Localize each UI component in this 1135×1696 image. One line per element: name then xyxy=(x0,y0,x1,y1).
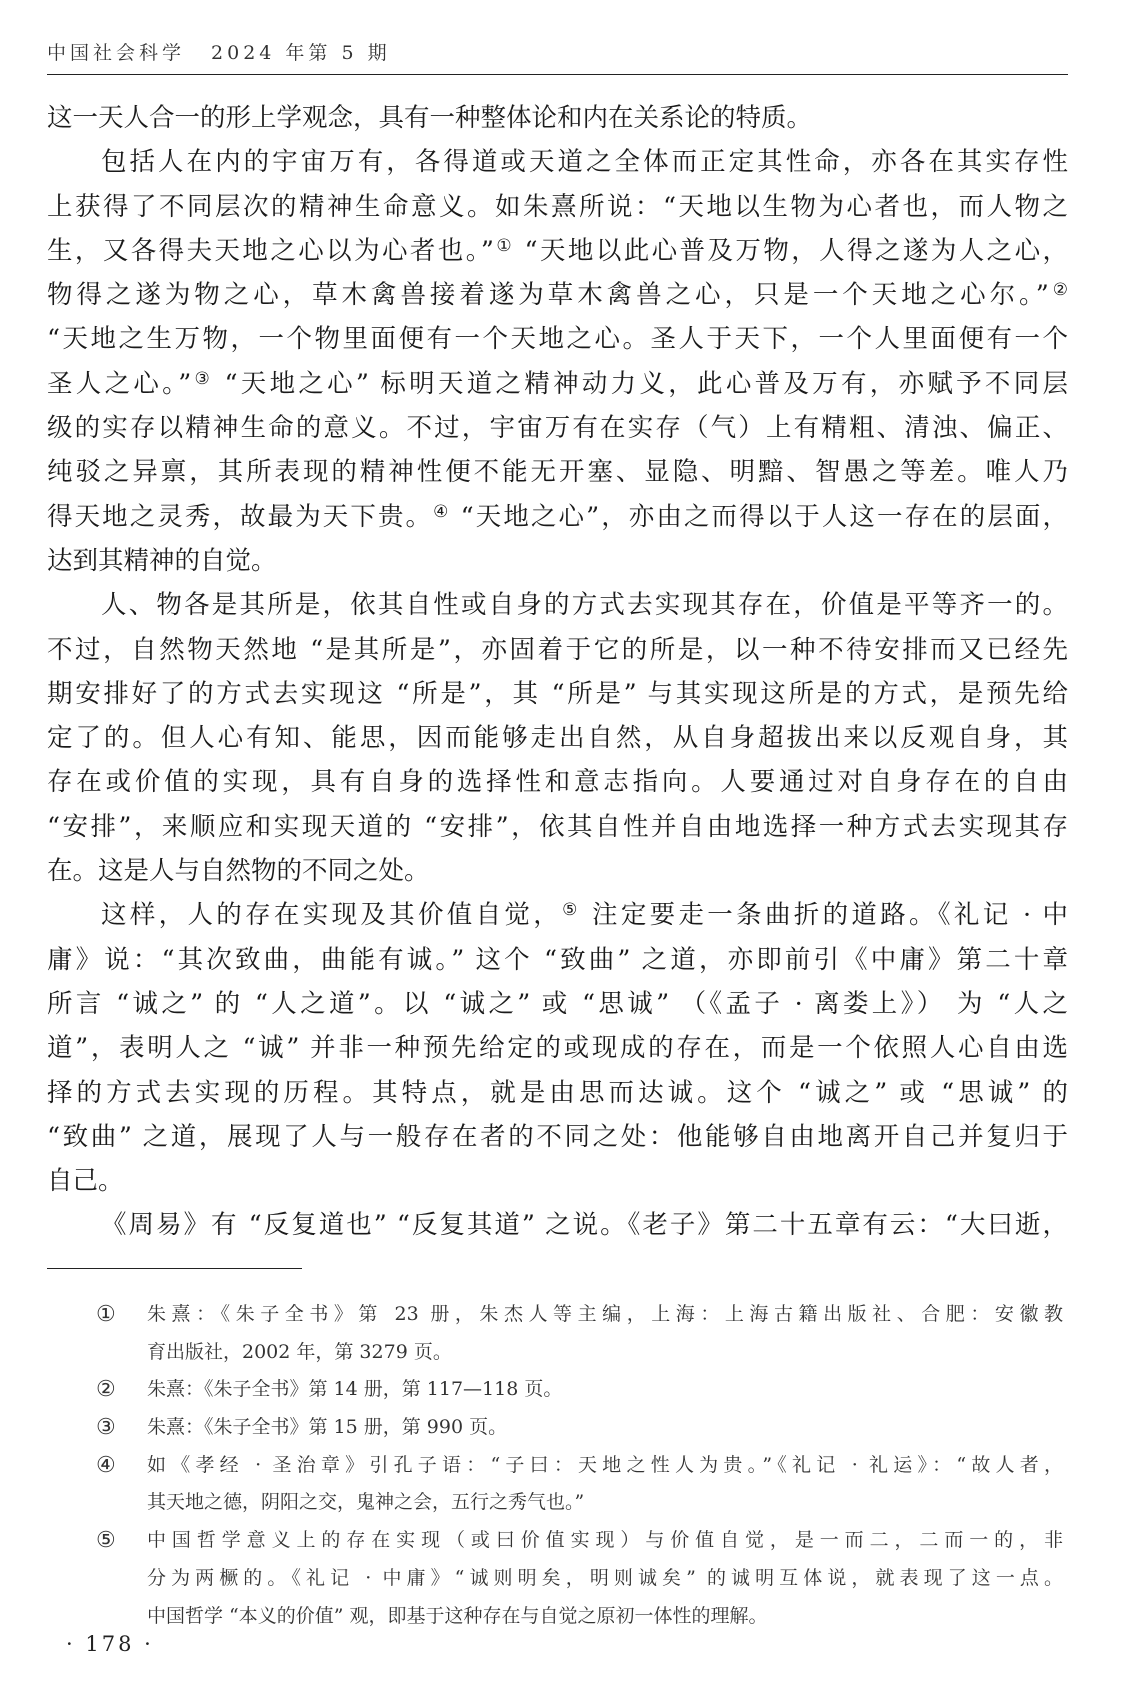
line-text: 期安排好了的方式去实现这 “所是”，其 “所是” 与其实现这所是的方式，是预先给 xyxy=(47,679,1068,709)
text-line: 上获得了不同层次的精神生命意义。如朱熹所说：“天地以生物为心者也，而人物之 xyxy=(47,185,1068,229)
line-text: “天地之心” 标明天道之精神动力义，此心普及万有，亦赋予不同层 xyxy=(213,369,1068,399)
text-line: 包括人在内的宇宙万有，各得道或天道之全体而正定其性命，亦各在其实存性 xyxy=(47,140,1068,184)
line-text: 级的实存以精神生命的意义。不过，宇宙万有在实存（气）上有精粗、清浊、偏正、 xyxy=(47,413,1068,443)
line-text: 包括人在内的宇宙万有，各得道或天道之全体而正定其性命，亦各在其实存性 xyxy=(101,147,1068,177)
text-line: “致曲” 之道，展现了人与一般存在者的不同之处：他能够自由地离开自己并复归于 xyxy=(47,1115,1068,1159)
footnote-ref[interactable]: ① xyxy=(494,236,514,256)
header-rule xyxy=(47,74,1068,75)
text-line: 《周易》有 “反复道也” “反复其道” 之说。《老子》第二十五章有云：“大曰逝， xyxy=(47,1203,1068,1247)
text-line: 在。这是人与自然物的不同之处。 xyxy=(47,849,1068,893)
footnote-text: 如《孝经 · 圣治章》引孔子语：“子曰：天地之性人为贵。”《礼记 · 礼运》：“… xyxy=(147,1447,1063,1485)
text-line: 期安排好了的方式去实现这 “所是”，其 “所是” 与其实现这所是的方式，是预先给 xyxy=(47,672,1068,716)
page-number: · 178 · xyxy=(66,1632,154,1656)
line-text: “天地之生万物，一个物里面便有一个天地之心。圣人于天下，一个人里面便有一个 xyxy=(47,324,1068,354)
footnote-mark: ③ xyxy=(96,1409,116,1447)
text-line: 这一天人合一的形上学观念，具有一种整体论和内在关系论的特质。 xyxy=(47,96,1068,140)
footnote-ref[interactable]: ② xyxy=(1049,280,1068,300)
line-text: 定了的。但人心有知、能思，因而能够走出自然，从自身超拔出来以反观自身，其 xyxy=(47,723,1068,753)
line-text: 生，又各得夫天地之心以为心者也。” xyxy=(47,236,494,266)
line-text: 在。这是人与自然物的不同之处。 xyxy=(47,856,430,886)
line-text: 这样，人的存在实现及其价值自觉， xyxy=(101,900,562,930)
footnote-ref[interactable]: ④ xyxy=(433,502,450,522)
footnotes: ①朱熹：《朱子全书》第 23 册，朱杰人等主编，上海：上海古籍出版社、合肥：安徽… xyxy=(47,1296,1068,1635)
footnote-mark: ② xyxy=(96,1371,116,1409)
text-line: 所言 “诚之” 的 “人之道”。以 “诚之” 或 “思诚” （《孟子 · 离娄上… xyxy=(47,982,1068,1026)
footnote-item: ①朱熹：《朱子全书》第 23 册，朱杰人等主编，上海：上海古籍出版社、合肥：安徽… xyxy=(47,1296,1068,1371)
footnote-text: 分为两橛的。《礼记 · 中庸》“诚则明矣，明则诚矣” 的诚明互体说，就表现了这一… xyxy=(147,1560,1063,1598)
line-text: 《周易》有 “反复道也” “反复其道” 之说。《老子》第二十五章有云：“大曰逝， xyxy=(101,1210,1068,1240)
footnote-ref[interactable]: ⑤ xyxy=(562,900,581,920)
footnote-text: 中国哲学 “本义的价值” 观，即基于这种存在与自觉之原初一体性的理解。 xyxy=(147,1598,1063,1636)
line-text: 注定要走一条曲折的道路。《礼记 · 中 xyxy=(581,900,1068,930)
footnote-item: ⑤中国哲学意义上的存在实现（或曰价值实现）与价值自觉，是一而二，二而一的，非分为… xyxy=(47,1522,1068,1635)
text-line: 这样，人的存在实现及其价值自觉，⑤ 注定要走一条曲折的道路。《礼记 · 中 xyxy=(47,893,1068,937)
footnote-text: 朱熹：《朱子全书》第 15 册，第 990 页。 xyxy=(147,1409,1063,1447)
line-text: 圣人之心。” xyxy=(47,369,191,399)
body-text: 这一天人合一的形上学观念，具有一种整体论和内在关系论的特质。包括人在内的宇宙万有… xyxy=(47,96,1068,1248)
text-line: 不过，自然物天然地 “是其所是”，亦固着于它的所是，以一种不待安排而又已经先 xyxy=(47,628,1068,672)
text-line: 达到其精神的自觉。 xyxy=(47,539,1068,583)
line-text: 上获得了不同层次的精神生命意义。如朱熹所说：“天地以生物为心者也，而人物之 xyxy=(47,192,1068,222)
line-text: 存在或价值的实现，具有自身的选择性和意志指向。人要通过对自身存在的自由 xyxy=(47,767,1068,797)
line-text: 物得之遂为物之心，草木禽兽接着遂为草木禽兽之心，只是一个天地之心尔。” xyxy=(47,280,1049,310)
line-text: 达到其精神的自觉。 xyxy=(47,546,277,576)
text-line: “天地之生万物，一个物里面便有一个天地之心。圣人于天下，一个人里面便有一个 xyxy=(47,317,1068,361)
text-line: 圣人之心。”③ “天地之心” 标明天道之精神动力义，此心普及万有，亦赋予不同层 xyxy=(47,362,1068,406)
footnote-text: 朱熹：《朱子全书》第 14 册，第 117—118 页。 xyxy=(147,1371,1063,1409)
line-text: 人、物各是其所是，依其自性或自身的方式去实现其存在，价值是平等齐一的。 xyxy=(101,590,1068,620)
text-line: 人、物各是其所是，依其自性或自身的方式去实现其存在，价值是平等齐一的。 xyxy=(47,583,1068,627)
footnote-mark: ④ xyxy=(96,1447,116,1485)
text-line: 物得之遂为物之心，草木禽兽接着遂为草木禽兽之心，只是一个天地之心尔。”② xyxy=(47,273,1068,317)
text-line: 级的实存以精神生命的意义。不过，宇宙万有在实存（气）上有精粗、清浊、偏正、 xyxy=(47,406,1068,450)
footnote-rule xyxy=(47,1268,302,1269)
line-text: “天地以此心普及万物，人得之遂为人之心， xyxy=(514,236,1068,266)
text-line: 道”，表明人之 “诚” 并非一种预先给定的或现成的存在，而是一个依照人心自由选 xyxy=(47,1026,1068,1070)
text-line: 纯驳之异禀，其所表现的精神性便不能无开塞、显隐、明黯、智愚之等差。唯人乃 xyxy=(47,450,1068,494)
journal-title: 中国社会科学 xyxy=(47,42,185,64)
line-text: 自己。 xyxy=(47,1166,124,1196)
text-line: 定了的。但人心有知、能思，因而能够走出自然，从自身超拔出来以反观自身，其 xyxy=(47,716,1068,760)
text-line: 存在或价值的实现，具有自身的选择性和意志指向。人要通过对自身存在的自由 xyxy=(47,760,1068,804)
line-text: 择的方式去实现的历程。其特点，就是由思而达诚。这个 “诚之” 或 “思诚” 的 xyxy=(47,1078,1068,1108)
text-line: 得天地之灵秀，故最为天下贵。④ “天地之心”，亦由之而得以于人这一存在的层面， xyxy=(47,495,1068,539)
footnote-item: ④如《孝经 · 圣治章》引孔子语：“子曰：天地之性人为贵。”《礼记 · 礼运》：… xyxy=(47,1447,1068,1522)
line-text: “安排”，来顺应和实现天道的 “安排”，依其自性并自由地选择一种方式去实现其存 xyxy=(47,812,1068,842)
line-text: 纯驳之异禀，其所表现的精神性便不能无开塞、显隐、明黯、智愚之等差。唯人乃 xyxy=(47,457,1068,487)
line-text: 所言 “诚之” 的 “人之道”。以 “诚之” 或 “思诚” （《孟子 · 离娄上… xyxy=(47,989,1068,1019)
line-text: 得天地之灵秀，故最为天下贵。 xyxy=(47,502,433,532)
issue-label: 2024 年第 5 期 xyxy=(211,42,391,64)
running-header: 中国社会科学2024 年第 5 期 xyxy=(47,38,391,65)
text-line: “安排”，来顺应和实现天道的 “安排”，依其自性并自由地选择一种方式去实现其存 xyxy=(47,805,1068,849)
line-text: 庸》说：“其次致曲，曲能有诚。” 这个 “致曲” 之道，亦即前引《中庸》第二十章 xyxy=(47,945,1068,975)
footnote-ref[interactable]: ③ xyxy=(191,369,213,389)
footnote-text: 其天地之德，阴阳之交，鬼神之会，五行之秀气也。” xyxy=(147,1484,1063,1522)
footnote-text: 育出版社，2002 年，第 3279 页。 xyxy=(147,1334,1063,1372)
footnote-mark: ⑤ xyxy=(96,1522,116,1560)
footnote-item: ③朱熹：《朱子全书》第 15 册，第 990 页。 xyxy=(47,1409,1068,1447)
footnote-text: 朱熹：《朱子全书》第 23 册，朱杰人等主编，上海：上海古籍出版社、合肥：安徽教 xyxy=(147,1296,1063,1334)
footnote-mark: ① xyxy=(96,1296,116,1334)
text-line: 庸》说：“其次致曲，曲能有诚。” 这个 “致曲” 之道，亦即前引《中庸》第二十章 xyxy=(47,938,1068,982)
text-line: 自己。 xyxy=(47,1159,1068,1203)
line-text: “天地之心”，亦由之而得以于人这一存在的层面， xyxy=(450,502,1068,532)
footnote-item: ②朱熹：《朱子全书》第 14 册，第 117—118 页。 xyxy=(47,1371,1068,1409)
line-text: 不过，自然物天然地 “是其所是”，亦固着于它的所是，以一种不待安排而又已经先 xyxy=(47,635,1068,665)
text-line: 生，又各得夫天地之心以为心者也。”① “天地以此心普及万物，人得之遂为人之心， xyxy=(47,229,1068,273)
text-line: 择的方式去实现的历程。其特点，就是由思而达诚。这个 “诚之” 或 “思诚” 的 xyxy=(47,1071,1068,1115)
line-text: 道”，表明人之 “诚” 并非一种预先给定的或现成的存在，而是一个依照人心自由选 xyxy=(47,1033,1068,1063)
line-text: “致曲” 之道，展现了人与一般存在者的不同之处：他能够自由地离开自己并复归于 xyxy=(47,1122,1068,1152)
footnote-text: 中国哲学意义上的存在实现（或曰价值实现）与价值自觉，是一而二，二而一的，非 xyxy=(147,1522,1063,1560)
line-text: 这一天人合一的形上学观念，具有一种整体论和内在关系论的特质。 xyxy=(47,103,812,133)
